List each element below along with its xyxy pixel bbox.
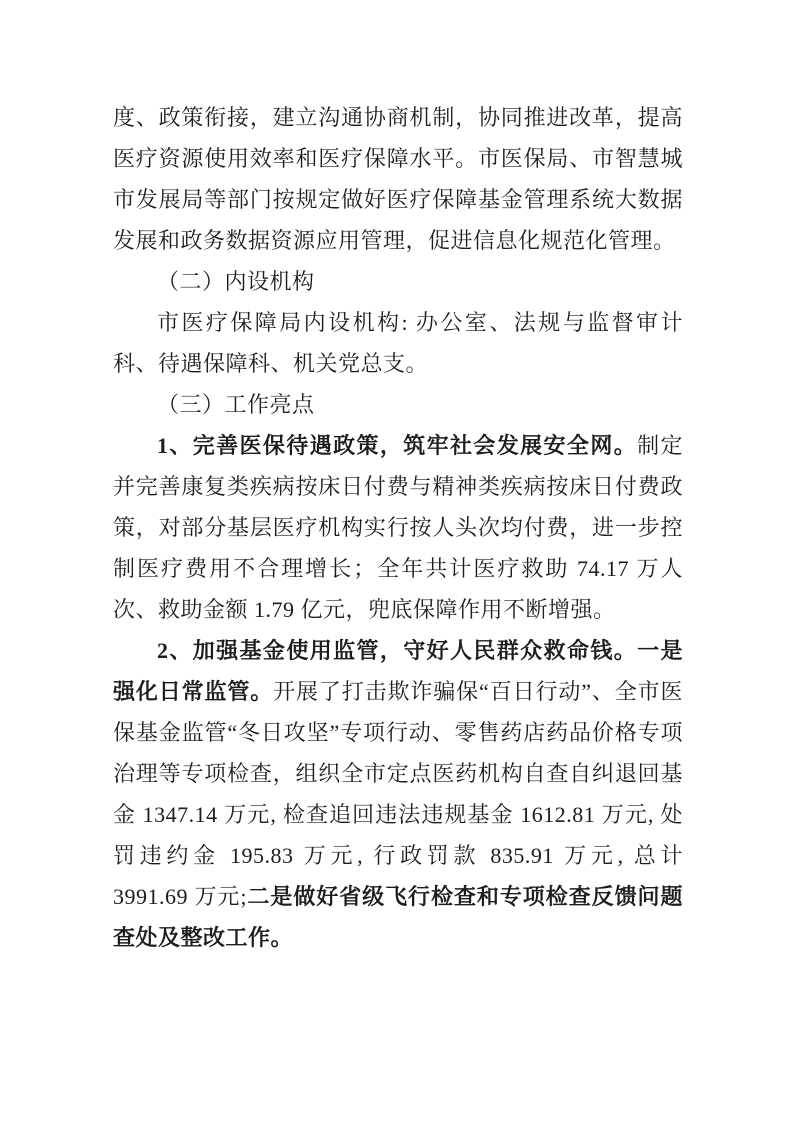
text-run: 市医疗保障局内设机构: 办公室、法规与监督审计科、待遇保障科、机关党总支。 (113, 310, 683, 376)
paragraph-continuation: 度、政策衔接，建立沟通协商机制，协同推进改革，提高医疗资源使用效率和医疗保障水平… (113, 97, 683, 261)
text-run: （三）工作亮点 (157, 392, 315, 417)
document-body: 度、政策衔接，建立沟通协商机制，协同推进改革，提高医疗资源使用效率和医疗保障水平… (113, 97, 683, 958)
text-run: 度、政策衔接，建立沟通协商机制，协同推进改革，提高医疗资源使用效率和医疗保障水平… (113, 105, 683, 253)
paragraph-highlight-1: 1、完善医保待遇政策，筑牢社会发展安全网。制定并完善康复类疾病按床日付费与精神类… (113, 425, 683, 630)
text-run: 制定并完善康复类疾病按床日付费与精神类疾病按床日付费政策，对部分基层医疗机构实行… (113, 433, 683, 622)
text-run: 开展了打击欺诈骗保“百日行动”、全市医保基金监管“冬日攻坚”专项行动、零售药店药… (113, 679, 683, 909)
text-run: （二）内设机构 (157, 269, 315, 294)
paragraph-internal-organs: 市医疗保障局内设机构: 办公室、法规与监督审计科、待遇保障科、机关党总支。 (113, 302, 683, 384)
document-page: 度、政策衔接，建立沟通协商机制，协同推进改革，提高医疗资源使用效率和医疗保障水平… (0, 0, 793, 1122)
paragraph-highlight-2: 2、加强基金使用监管，守好人民群众救命钱。一是强化日常监管。开展了打击欺诈骗保“… (113, 630, 683, 958)
section-heading-work-highlights: （三）工作亮点 (113, 384, 683, 425)
section-heading-internal-organs: （二）内设机构 (113, 261, 683, 302)
text-run-bold: 1、完善医保待遇政策，筑牢社会发展安全网。 (157, 433, 637, 458)
